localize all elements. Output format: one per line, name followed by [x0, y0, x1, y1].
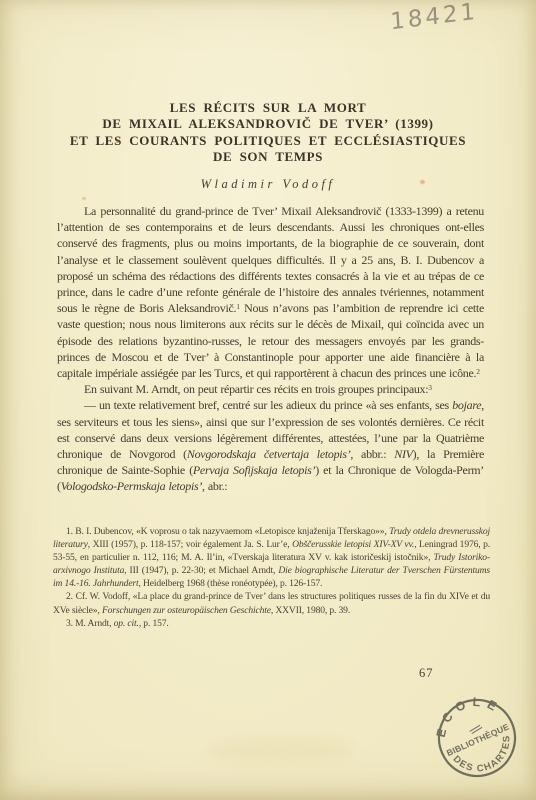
paper-stain: [420, 180, 425, 184]
paper-stain: [82, 197, 86, 200]
paper-stain: [205, 737, 355, 763]
handwritten-accession-number: 18421: [390, 0, 479, 35]
body-text: La personnalité du grand-prince de Tver’…: [57, 203, 484, 495]
footnotes-block: 1. B. I. Dubencov, «K voprosu o tak nazy…: [53, 525, 490, 630]
footnote-1: 1. B. I. Dubencov, «K voprosu o tak nazy…: [53, 525, 490, 590]
title-line-4: DE SON TEMPS: [0, 149, 536, 165]
footnote-3: 3. M. Arndt, op. cit., p. 157.: [53, 617, 490, 630]
article-title: LES RÉCITS SUR LA MORT DE MIXAIL ALEKSAN…: [0, 100, 536, 165]
paragraph-2: En suivant M. Arndt, on peut répartir ce…: [57, 381, 484, 397]
paragraph-1: La personnalité du grand-prince de Tver’…: [57, 203, 484, 381]
page-number: 67: [419, 666, 434, 681]
footnote-2: 2. Cf. W. Vodoff, «La place du grand-pri…: [53, 590, 490, 616]
title-line-3: ET LES COURANTS POLITIQUES ET ECCLÉSIAST…: [0, 133, 536, 149]
scanned-article-page: 18421 LES RÉCITS SUR LA MORT DE MIXAIL A…: [0, 0, 536, 800]
paper-stain: [116, 140, 119, 143]
paragraph-3: — un texte relativement bref, centré sur…: [57, 397, 484, 494]
author-name: Wladimir Vodoff: [0, 177, 536, 192]
title-line-1: LES RÉCITS SUR LA MORT: [0, 100, 536, 116]
title-line-2: DE MIXAIL ALEKSANDROVIČ DE TVER’ (1399): [0, 116, 536, 132]
library-stamp-icon: ECOLE DES CHARTES BIBLIOTHÈQUE: [432, 693, 522, 783]
